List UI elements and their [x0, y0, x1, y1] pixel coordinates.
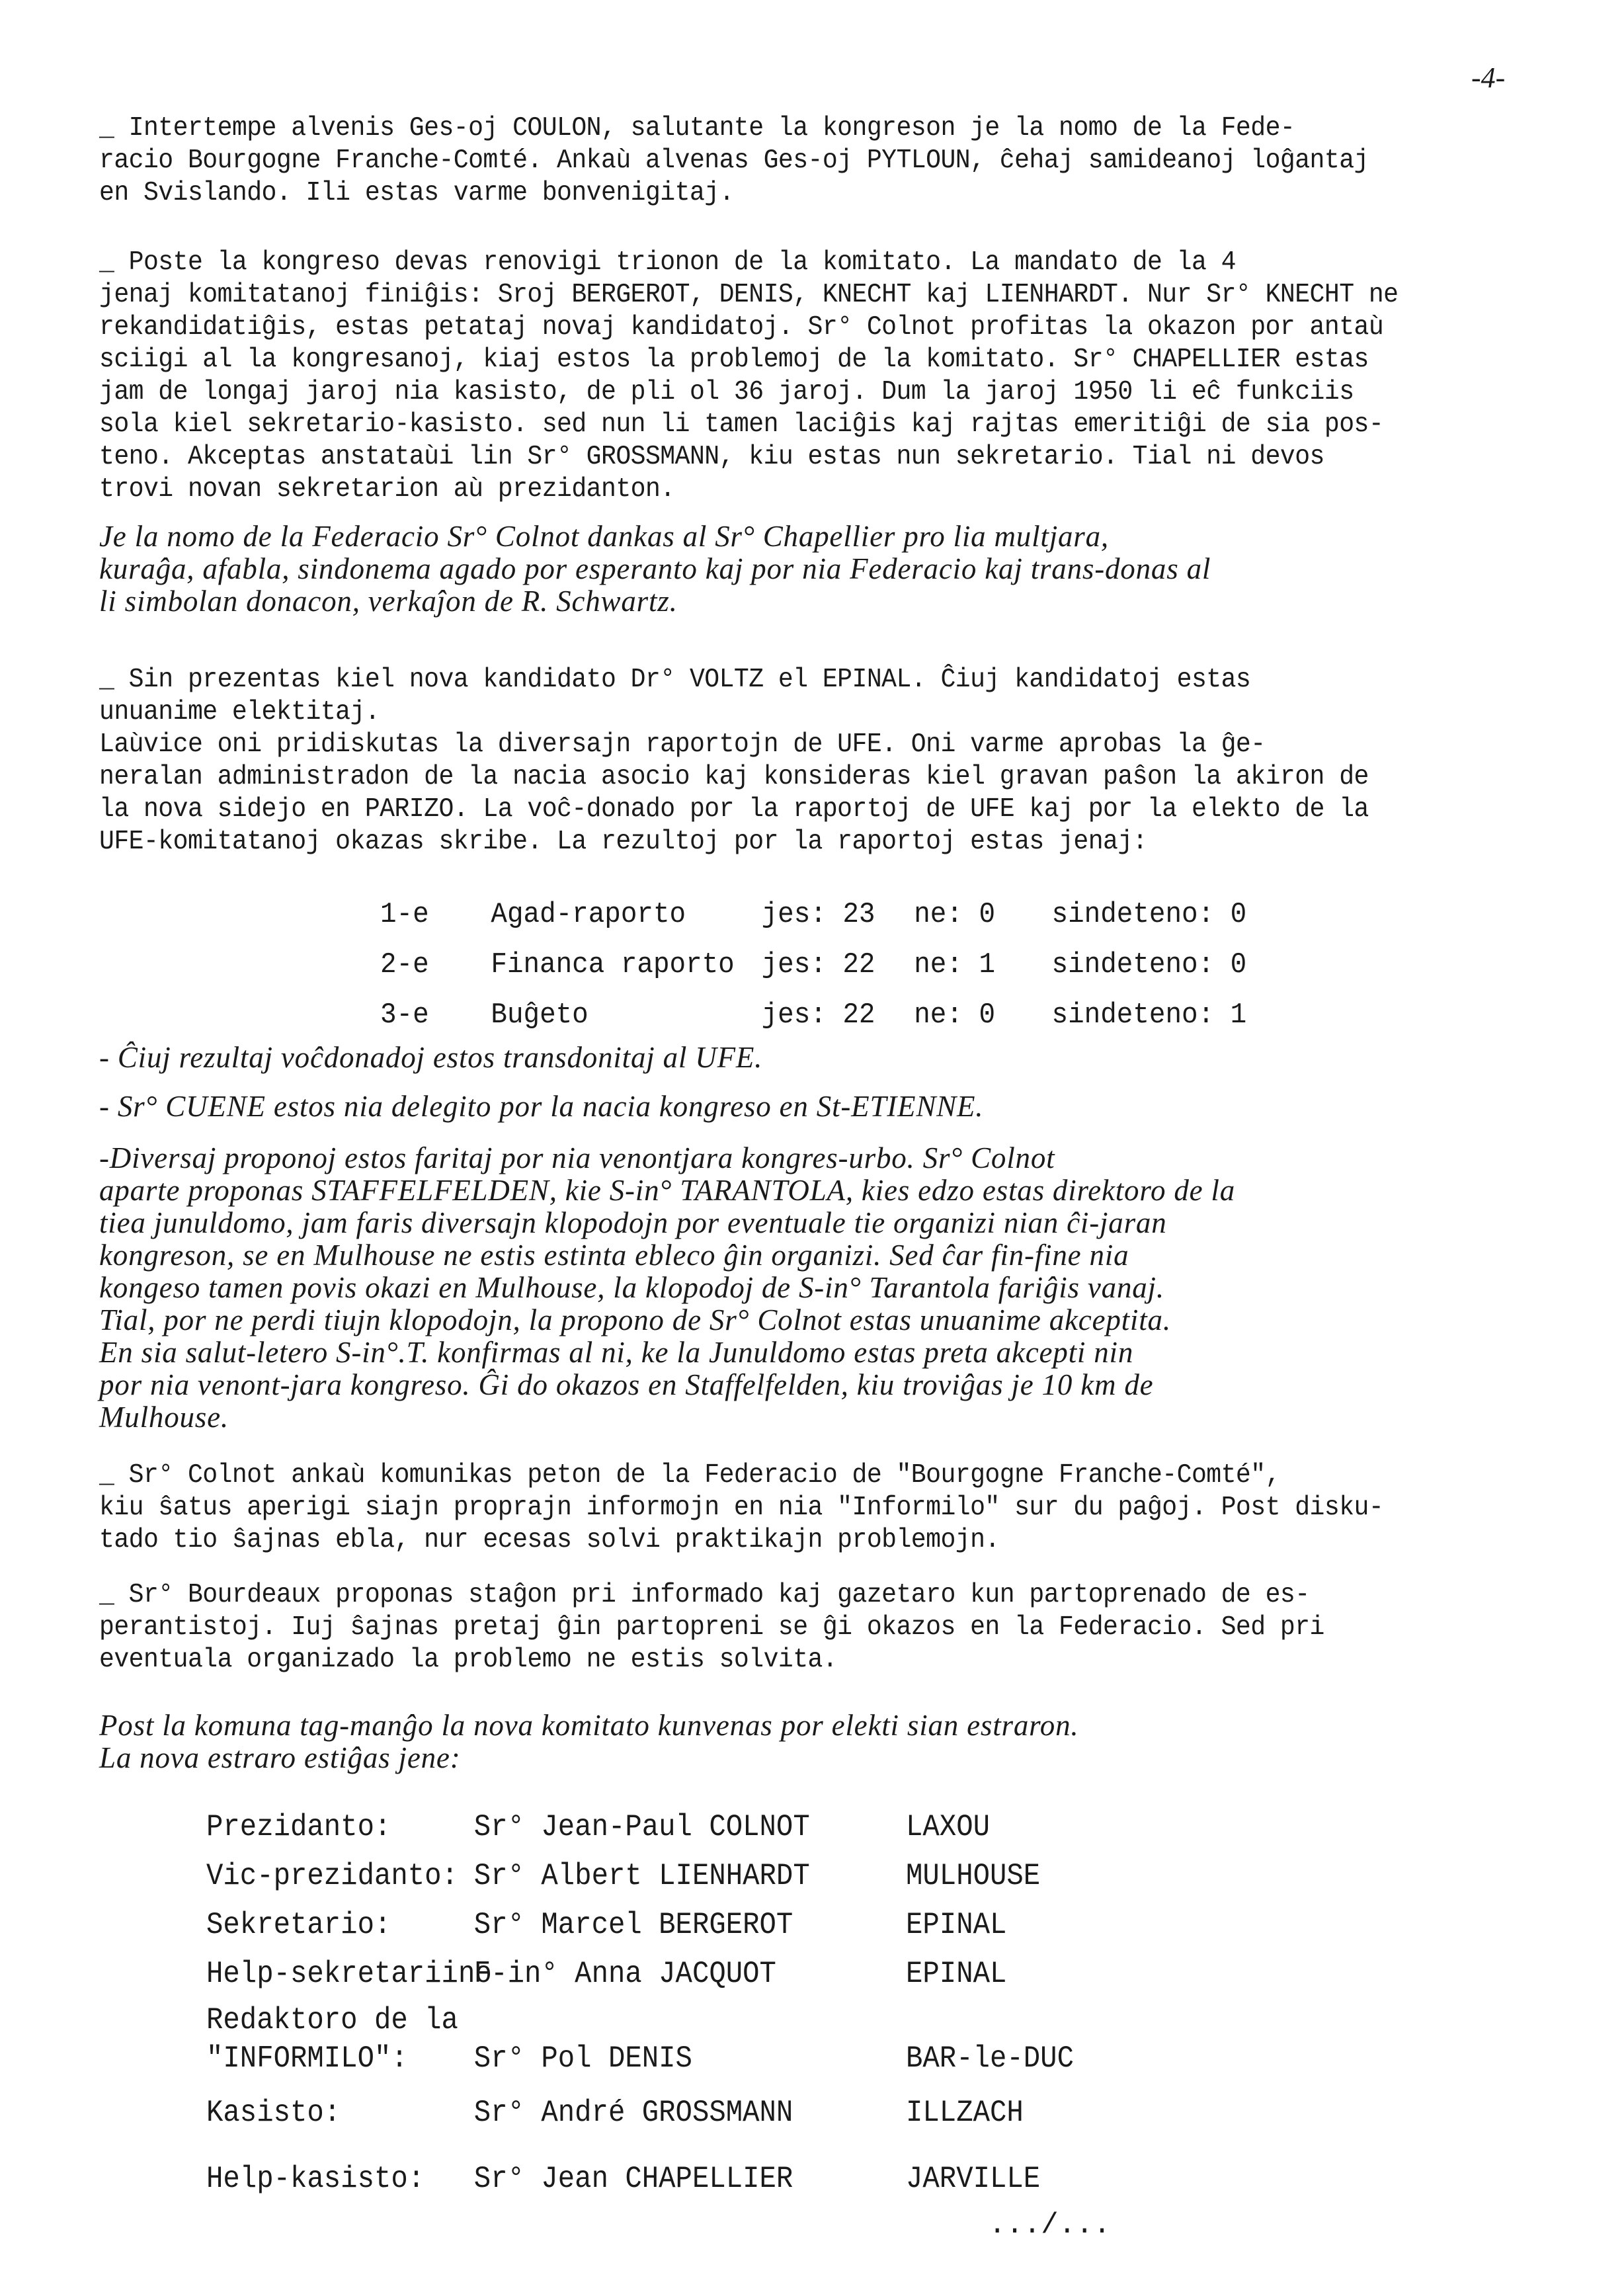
vote-abstain: sindeteno: 0 — [1052, 889, 1247, 940]
paragraph-new-board-intro: Post la komuna tag-manĝo la nova komitat… — [99, 1709, 1534, 1774]
paragraph-arrivals: _ Intertempe alvenis Ges-oj COULON, salu… — [99, 112, 1434, 210]
paragraph-committee-renewal: _ Poste la kongreso devas renovigi trion… — [99, 247, 1434, 506]
text-line: kuraĝa, afabla, sindonema agado por espe… — [99, 553, 1534, 585]
vote-order: 2-e — [380, 940, 429, 990]
officer-name: Sr° Pol DENIS — [474, 2037, 692, 2080]
text-line: UFE-komitatanoj okazas skribe. La rezult… — [99, 826, 1434, 858]
officer-name: Sr° Jean CHAPELLIER — [474, 2157, 793, 2201]
text-line: unuanime elektitaj. — [99, 696, 1434, 729]
text-line: jam de longaj jaroj nia kasisto, de pli … — [99, 376, 1434, 409]
officer-role: Sekretario: — [206, 1903, 391, 1947]
text-line: La nova estraro estiĝas jene: — [99, 1742, 1534, 1774]
officer-name: F-in° Anna JACQUOT — [474, 1952, 776, 1996]
text-line: Mulhouse. — [99, 1401, 1534, 1434]
officer-city: BAR-le-DUC — [906, 2037, 1074, 2080]
vote-order: 3-e — [380, 990, 429, 1040]
officer-role: Help-sekretariino — [206, 1952, 492, 1996]
vote-yes: jes: 22 — [762, 940, 875, 990]
officer-role: Help-kasisto: — [206, 2157, 425, 2201]
vote-yes: jes: 23 — [762, 889, 875, 940]
officer-role: Prezidanto: — [206, 1805, 391, 1849]
text-line: -Diversaj proponoj estos faritaj por nia… — [99, 1142, 1534, 1174]
page-number: -4- — [1471, 61, 1505, 95]
officer-name: Sr° Jean-Paul COLNOT — [474, 1805, 810, 1849]
text-line: perantistoj. Iuj ŝajnas pretaj ĝin parto… — [99, 1612, 1434, 1644]
text-line: tiea junuldomo, jam faris diversajn klop… — [99, 1207, 1534, 1239]
text-line: _ Intertempe alvenis Ges-oj COULON, salu… — [99, 112, 1434, 145]
paragraph-congress-city: -Diversaj proponoj estos faritaj por nia… — [99, 1142, 1534, 1434]
text-line: neralan administradon de la nacia asocio… — [99, 761, 1434, 794]
text-line: Je la nomo de la Federacio Sr° Colnot da… — [99, 520, 1534, 553]
officer-city: JARVILLE — [906, 2157, 1040, 2201]
paragraph-bourgogne-request: _ Sr° Colnot ankaù komunikas peton de la… — [99, 1459, 1434, 1557]
paragraph-results-transmitted: - Ĉiuj rezultaj voĉdonadoj estos transdo… — [99, 1042, 1534, 1074]
paragraph-new-candidate: _ Sin prezentas kiel nova kandidato Dr° … — [99, 664, 1434, 858]
officer-city: EPINAL — [906, 1952, 1006, 1996]
text-line: trovi novan sekretarion aù prezidanton. — [99, 473, 1434, 506]
text-line: aparte proponas STAFFELFELDEN, kie S-in°… — [99, 1174, 1534, 1207]
vote-order: 1-e — [380, 889, 429, 940]
text-line: li simbolan donacon, verkaĵon de R. Schw… — [99, 585, 1534, 618]
vote-no: ne: 0 — [914, 889, 995, 940]
text-line: Tial, por ne perdi tiujn klopodojn, la p… — [99, 1304, 1534, 1336]
text-line: racio Bourgogne Franche-Comté. Ankaù alv… — [99, 145, 1434, 177]
text-line: jenaj komitatanoj finiĝis: Sroj BERGEROT… — [99, 279, 1434, 311]
officer-city: ILLZACH — [906, 2091, 1024, 2135]
document-page: -4- _ Intertempe alvenis Ges-oj COULON, … — [0, 0, 1624, 2296]
text-line: kongeso tamen povis okazi en Mulhouse, l… — [99, 1272, 1534, 1304]
text-line: eventuala organizado la problemo ne esti… — [99, 1644, 1434, 1676]
text-line: _ Sin prezentas kiel nova kandidato Dr° … — [99, 664, 1434, 696]
officer-role-line1: Redaktoro de la — [206, 1998, 458, 2042]
text-line: en Svislando. Ili estas varme bonvenigit… — [99, 177, 1434, 210]
text-line: teno. Akceptas anstataùi lin Sr° GROSSMA… — [99, 441, 1434, 473]
text-line: - Sr° CUENE estos nia delegito por la na… — [99, 1090, 1534, 1123]
text-line: sola kiel sekretario-kasisto. sed nun li… — [99, 409, 1434, 441]
text-line: tado tio ŝajnas ebla, nur ecesas solvi p… — [99, 1524, 1434, 1557]
officer-city: EPINAL — [906, 1903, 1006, 1947]
vote-abstain: sindeteno: 1 — [1052, 990, 1247, 1040]
paragraph-delegate: - Sr° CUENE estos nia delegito por la na… — [99, 1090, 1534, 1123]
text-line: _ Sr° Bourdeaux proponas staĝon pri info… — [99, 1579, 1434, 1612]
officer-name: Sr° Albert LIENHARDT — [474, 1854, 810, 1898]
vote-no: ne: 0 — [914, 990, 995, 1040]
text-line: por nia venont-jara kongreso. Ĝi do okaz… — [99, 1369, 1534, 1401]
text-line: _ Sr° Colnot ankaù komunikas peton de la… — [99, 1459, 1434, 1492]
officer-city: MULHOUSE — [906, 1854, 1040, 1898]
paragraph-thanks: Je la nomo de la Federacio Sr° Colnot da… — [99, 520, 1534, 618]
text-line: kongreson, se en Mulhouse ne estis estin… — [99, 1239, 1534, 1272]
officer-role: Vic-prezidanto: — [206, 1854, 458, 1898]
text-line: - Ĉiuj rezultaj voĉdonadoj estos transdo… — [99, 1042, 1534, 1074]
text-line: kiu ŝatus aperigi siajn proprajn informo… — [99, 1492, 1434, 1524]
text-line: Laùvice oni pridiskutas la diversajn rap… — [99, 729, 1434, 761]
text-line: rekandidatiĝis, estas petataj novaj kand… — [99, 311, 1434, 344]
text-line: _ Poste la kongreso devas renovigi trion… — [99, 247, 1434, 279]
officer-city: LAXOU — [906, 1805, 990, 1849]
continuation-mark: .../... — [989, 2209, 1111, 2242]
officer-name: Sr° André GROSSMANN — [474, 2091, 793, 2135]
vote-report: Buĝeto — [491, 990, 588, 1040]
vote-report: Agad-raporto — [491, 889, 686, 940]
officer-role: "INFORMILO": — [206, 2037, 408, 2080]
vote-abstain: sindeteno: 0 — [1052, 940, 1247, 990]
paragraph-internship: _ Sr° Bourdeaux proponas staĝon pri info… — [99, 1579, 1434, 1676]
vote-yes: jes: 22 — [762, 990, 875, 1040]
officer-role: Kasisto: — [206, 2091, 341, 2135]
officer-name: Sr° Marcel BERGEROT — [474, 1903, 793, 1947]
vote-report: Financa raporto — [491, 940, 734, 990]
text-line: Post la komuna tag-manĝo la nova komitat… — [99, 1709, 1534, 1742]
text-line: En sia salut-letero S-in°.T. konfirmas a… — [99, 1336, 1534, 1369]
text-line: sciigi al la kongresanoj, kiaj estos la … — [99, 344, 1434, 376]
vote-no: ne: 1 — [914, 940, 995, 990]
text-line: la nova sidejo en PARIZO. La voĉ-donado … — [99, 794, 1434, 826]
